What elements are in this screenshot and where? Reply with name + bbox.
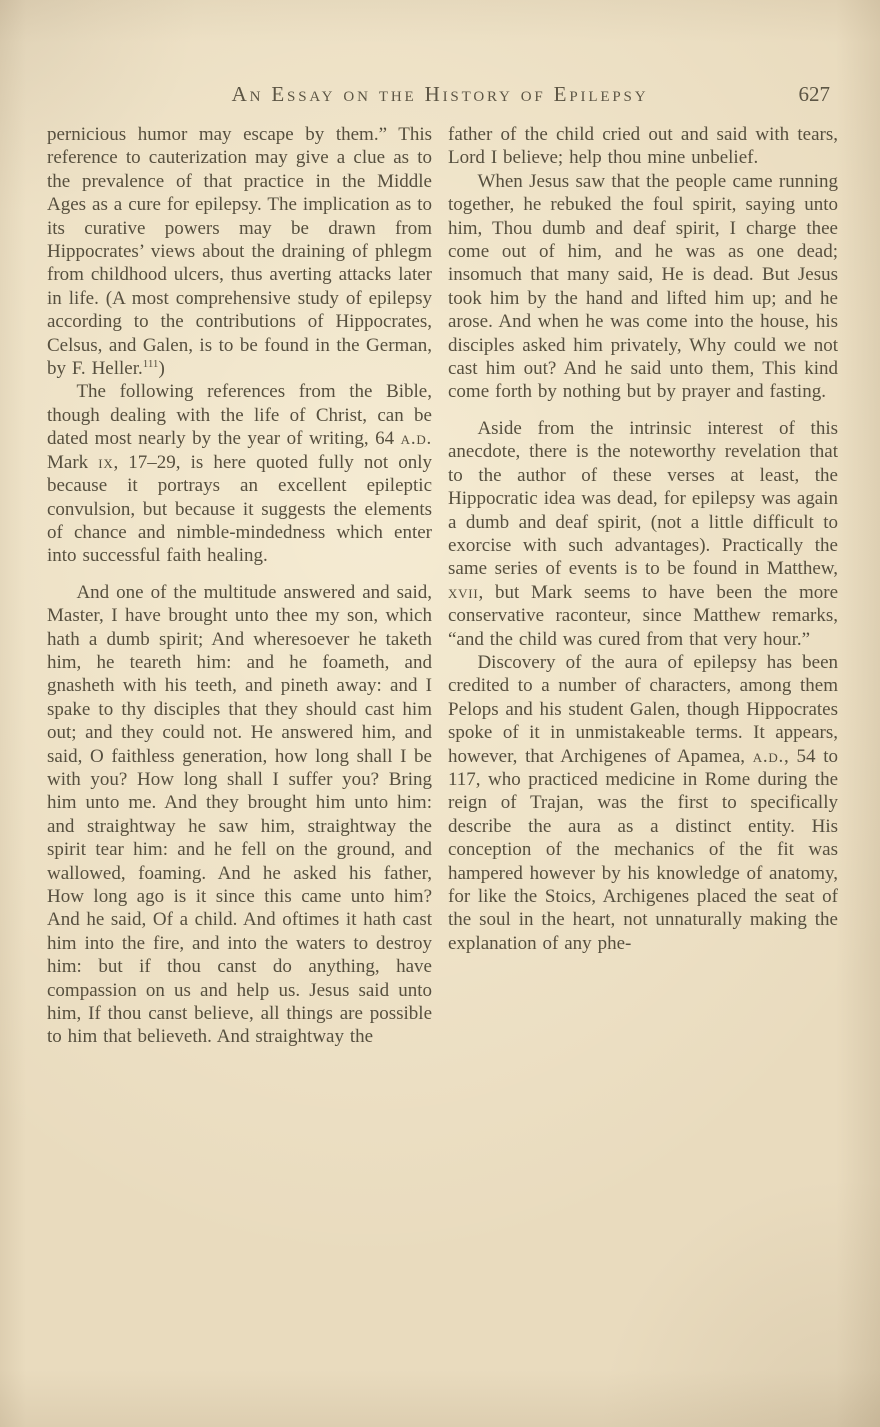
- running-title: An Essay on the History of Epilepsy: [232, 82, 649, 107]
- page-header: An Essay on the History of Epilepsy 627: [0, 0, 880, 110]
- paragraph-bible-references: The following references from the Bible,…: [47, 380, 432, 567]
- paragraph-mark-quotation-1: And one of the multitude answered and sa…: [47, 581, 432, 1049]
- paragraph-anecdote-commentary: Aside from the intrinsic interest of thi…: [448, 417, 838, 651]
- small-caps-text: a.d.: [401, 428, 432, 449]
- paragraph-mark-quotation-2: father of the child cried out and said w…: [448, 123, 838, 170]
- paragraph-mark-quotation-3: When Jesus saw that the people came runn…: [448, 170, 838, 404]
- scanned-book-page: An Essay on the History of Epilepsy 627 …: [0, 0, 880, 1427]
- small-caps-text: xvii: [448, 582, 478, 603]
- right-column: father of the child cried out and said w…: [448, 123, 838, 1049]
- paragraph-cauterization: pernicious humor may escape by them.” Th…: [47, 123, 432, 380]
- small-caps-text: ix: [98, 452, 113, 473]
- paragraph-aura-discovery: Discovery of the aura of epilepsy has be…: [448, 651, 838, 955]
- small-caps-text: a.d.: [753, 746, 784, 767]
- footnote-reference: 111: [143, 358, 159, 370]
- left-column: pernicious humor may escape by them.” Th…: [47, 123, 432, 1049]
- page-number: 627: [799, 82, 831, 107]
- text-columns: pernicious humor may escape by them.” Th…: [0, 110, 880, 1049]
